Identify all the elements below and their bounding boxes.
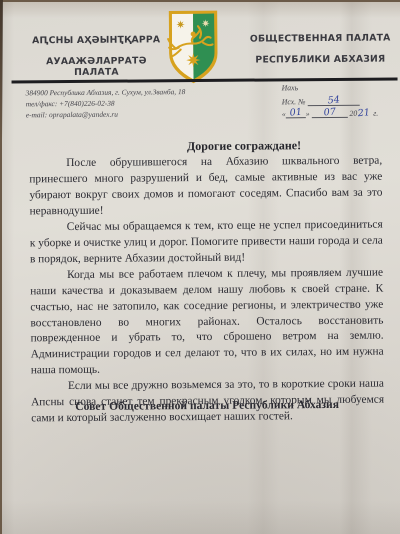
letter-salutation: Дорогие сограждане! [74,137,400,155]
letterhead-russian-line1: ОБЩЕСТВЕННАЯ ПАЛАТА [246,32,394,44]
letterhead-abkhaz-line2: АУААЖӘЛАРРАТӘ ПАЛАТА [22,55,170,78]
date-year-suffix: г. [373,109,378,118]
letterhead-abkhaz-line1: АԤСНЫ АҲӘЫНҬҚАРРА [22,34,170,46]
letter-paragraph: Когда мы все работаем плечом к плечу, мы… [30,265,384,379]
date-year-printed: 20 [349,109,357,118]
date-quote-close: » [306,109,310,118]
reference-number-row: Исх. № 54 [282,95,378,107]
date-year-line: 21 [357,108,371,118]
reference-date-row: «01» 07 2021 г. [282,107,378,119]
abkhazia-coat-of-arms-icon [164,7,223,86]
letter-paragraph: Сейчас мы обращаемся к тем, кто еще не у… [30,217,383,268]
reference-to-label: Иахь [282,83,378,95]
outgoing-label: Исх. № [282,97,306,106]
date-day-line: 01 [286,107,306,118]
document: АԤСНЫ АҲӘЫНҬҚАРРА АУААЖӘЛАРРАТӘ ПАЛАТА [0,0,400,534]
letter-paragraph: После обрушившегося на Абхазию шквальног… [29,154,382,221]
date-year-handwritten: 21 [358,107,371,119]
contact-block: 384900 Республика Абхазия, г. Сухум, ул.… [26,86,186,120]
date-day-handwritten: 01 [289,107,302,119]
letter-body: После обрушившегося на Абхазию шквальног… [29,154,384,428]
letter-photo: АԤСНЫ АҲӘЫНҬҚАРРА АУААЖӘЛАРРАТӘ ПАЛАТА [0,0,400,534]
outgoing-number-handwritten: 54 [327,94,340,106]
reference-block: Иахь Исх. № 54 «01» 07 2021 г. [282,83,379,120]
contact-address: 384900 Республика Абхазия, г. Сухум, ул.… [26,86,186,98]
date-month-handwritten: 07 [323,106,336,118]
letterhead-russian-line2: РЕСПУБЛИКИ АБХАЗИЯ [246,53,394,65]
outgoing-number-line: 54 [307,95,359,106]
letterhead-russian: ОБЩЕСТВЕННАЯ ПАЛАТА РЕСПУБЛИКИ АБХАЗИЯ [246,32,394,75]
date-month-line: 07 [312,107,348,118]
contact-email: e-mail: oprapalata@yandex.ru [26,108,186,120]
